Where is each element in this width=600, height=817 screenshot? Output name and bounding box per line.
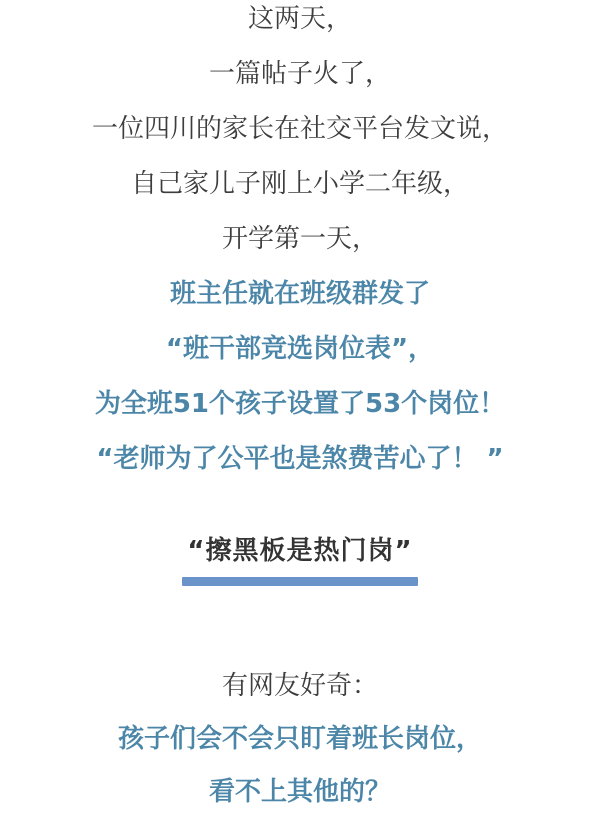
article-line-highlight: “老师为了公平也是煞费苦心了！ ” [0,432,600,487]
section-heading: “擦黑板是热门岗” [0,531,600,571]
article-intro-section: 这两天， 一篇帖子火了， 一位四川的家长在社交平台发文说， 自己家儿子刚上小学二… [0,0,600,487]
article-line: 开学第一天， [0,212,600,267]
article-line: 有网友好奇： [0,660,600,713]
article-line-highlight: “班干部竞选岗位表”， [0,322,600,377]
article-line-highlight: 为全班51个孩子设置了53个岗位！ [0,377,600,432]
article-line: 一位四川的家长在社交平台发文说， [0,102,600,157]
article-body: 这两天， 一篇帖子火了， 一位四川的家长在社交平台发文说， 自己家儿子刚上小学二… [0,0,600,817]
article-line: 这两天， [0,0,600,47]
article-line-highlight: 孩子们会不会只盯着班长岗位， [0,713,600,766]
article-line: 自己家儿子刚上小学二年级， [0,157,600,212]
heading-underline-bar [182,577,418,586]
article-line-highlight: 看不上其他的？ [0,766,600,817]
article-second-section: 有网友好奇： 孩子们会不会只盯着班长岗位， 看不上其他的？ [0,660,600,817]
article-line-highlight: 班主任就在班级群发了 [0,267,600,322]
article-line: 一篇帖子火了， [0,47,600,102]
